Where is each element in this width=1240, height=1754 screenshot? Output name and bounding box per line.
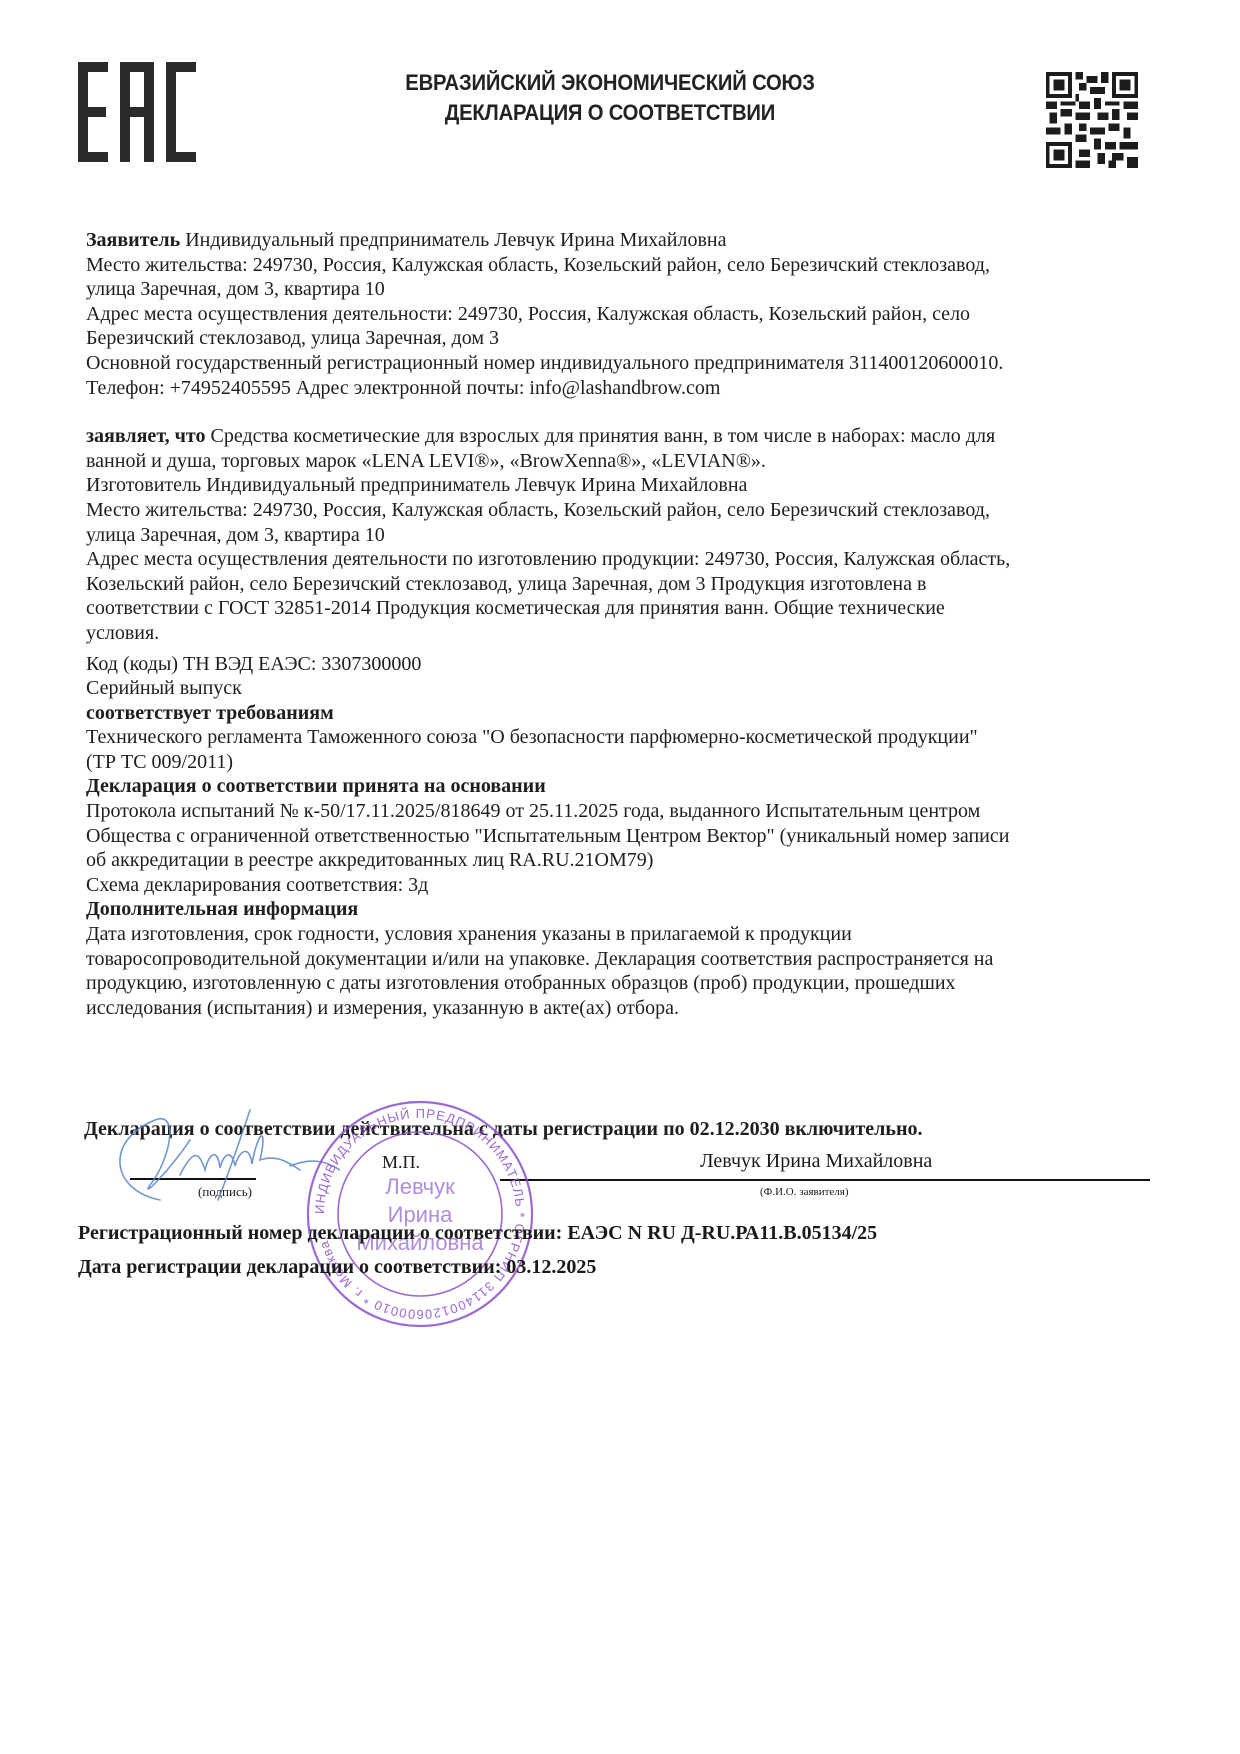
union-title: ЕВРАЗИЙСКИЙ ЭКОНОМИЧЕСКИЙ СОЮЗ — [288, 68, 932, 98]
test-protocol: Протокола испытаний № к-50/17.11.2025/81… — [86, 799, 1176, 873]
additional-label: Дополнительная информация — [86, 897, 1176, 922]
fio-line — [500, 1179, 1150, 1181]
applicant-name: Индивидуальный предприниматель Левчук Ир… — [180, 229, 726, 251]
applicant-residence: Место жительства: 249730, Россия, Калужс… — [86, 253, 1176, 302]
validity-statement: Декларация о соответствии действительна … — [84, 1118, 923, 1141]
registration-date: Дата регистрации декларации о соответств… — [78, 1256, 596, 1279]
applicant-fio: Левчук Ирина Михайловна — [700, 1150, 932, 1173]
additional-section: Дополнительная информация Дата изготовле… — [86, 897, 1176, 1020]
seal-place-label: М.П. — [382, 1152, 420, 1173]
signature-line — [130, 1178, 256, 1180]
document-title: ДЕКЛАРАЦИЯ О СООТВЕТСТВИИ — [288, 98, 932, 128]
fio-caption: (Ф.И.О. заявителя) — [760, 1186, 849, 1198]
applicant-contacts: Телефон: +74952405595 Адрес электронной … — [86, 376, 1176, 401]
declaration-page: ЕВРАЗИЙСКИЙ ЭКОНОМИЧЕСКИЙ СОЮЗ ДЕКЛАРАЦИ… — [0, 0, 1240, 1754]
product-description: Средства косметические для взрослых для … — [205, 425, 995, 447]
requirements-section: соответствует требованиям Технического р… — [86, 701, 1176, 775]
production-type: Серийный выпуск — [86, 676, 1176, 701]
applicant-ogrnip: Основной государственный регистрационный… — [86, 351, 1176, 376]
basis-label: Декларация о соответствии принята на осн… — [86, 774, 1176, 799]
manufacturer: Изготовитель Индивидуальный предпринимат… — [86, 473, 1176, 498]
additional-info: Дата изготовления, срок годности, услови… — [86, 922, 1176, 1020]
tn-ved-code: Код (коды) ТН ВЭД ЕАЭС: 3307300000 — [86, 652, 1176, 677]
applicant-activity-address: Адрес места осуществления деятельности: … — [86, 302, 1176, 351]
applicant-section: Заявитель Индивидуальный предприниматель… — [86, 228, 1176, 400]
declaration-scheme: Схема декларирования соответствия: 3д — [86, 873, 1176, 898]
applicant-label: Заявитель — [86, 229, 180, 251]
manufacturer-address: Адрес места осуществления деятельности п… — [86, 547, 1176, 645]
registration-number: Регистрационный номер декларации о соотв… — [78, 1222, 877, 1245]
requirements-regulation: Технического регламента Таможенного союз… — [86, 725, 1176, 774]
eac-logo-icon — [78, 62, 196, 162]
basis-section: Декларация о соответствии принята на осн… — [86, 774, 1176, 897]
signature-caption: (подпись) — [198, 1184, 252, 1200]
stamp-surname: Левчук — [385, 1174, 455, 1199]
header-titles: ЕВРАЗИЙСКИЙ ЭКОНОМИЧЕСКИЙ СОЮЗ ДЕКЛАРАЦИ… — [288, 68, 932, 128]
declares-section: заявляет, что Средства косметические для… — [86, 424, 1176, 701]
declares-label: заявляет, что — [86, 425, 205, 447]
manufacturer-residence: Место жительства: 249730, Россия, Калужс… — [86, 498, 1176, 547]
declaration-body: Заявитель Индивидуальный предприниматель… — [86, 228, 1176, 1020]
qr-code-icon — [1046, 72, 1138, 168]
requirements-label: соответствует требованиям — [86, 701, 1176, 726]
